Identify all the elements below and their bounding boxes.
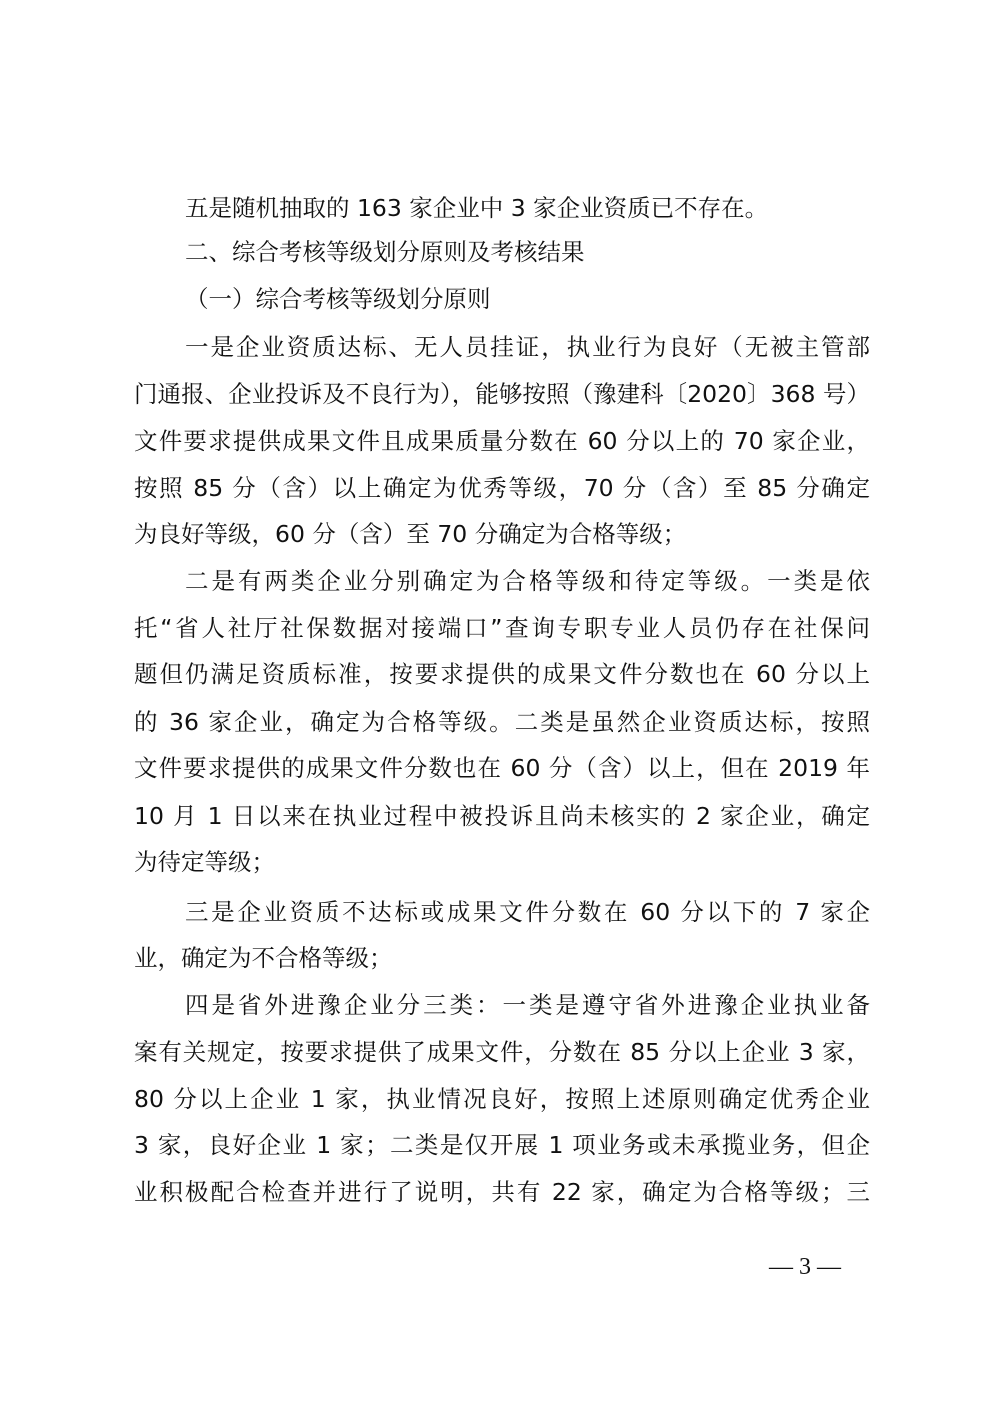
paragraph-line: 一是企业资质达标、无人员挂证，执业行为良好（无被主管部 [185, 327, 870, 367]
section-heading-2: 二、综合考核等级划分原则及考核结果 [185, 232, 870, 272]
paragraph-line: 托“省人社厅社保数据对接端口”查询专职专业人员仍存在社保问 [134, 608, 870, 648]
subsection-heading-1: （一）综合考核等级划分原则 [185, 279, 870, 319]
paragraph-line: 业积极配合检查并进行了说明，共有 22 家，确定为合格等级；三 [134, 1172, 870, 1212]
paragraph-line-fifth-finding: 五是随机抽取的 163 家企业中 3 家企业资质已不存在。 [185, 188, 870, 228]
paragraph-line: 门通报、企业投诉及不良行为），能够按照（豫建科〔2020〕368 号） [134, 374, 870, 414]
document-page: 五是随机抽取的 163 家企业中 3 家企业资质已不存在。 二、综合考核等级划分… [0, 0, 1000, 1414]
paragraph-line: 二是有两类企业分别确定为合格等级和待定等级。一类是依 [185, 561, 870, 601]
paragraph-line: 为待定等级； [134, 842, 870, 882]
paragraph-line: 的 36 家企业，确定为合格等级。二类是虽然企业资质达标，按照 [134, 702, 870, 742]
paragraph-line: 文件要求提供成果文件且成果质量分数在 60 分以上的 70 家企业， [134, 421, 870, 461]
paragraph-line: 三是企业资质不达标或成果文件分数在 60 分以下的 7 家企 [185, 892, 870, 932]
paragraph-line: 题但仍满足资质标准，按要求提供的成果文件分数也在 60 分以上 [134, 654, 870, 694]
paragraph-line: 为良好等级，60 分（含）至 70 分确定为合格等级； [134, 514, 870, 554]
paragraph-line: 10 月 1 日以来在执业过程中被投诉且尚未核实的 2 家企业，确定 [134, 796, 870, 836]
paragraph-line: 业，确定为不合格等级； [134, 938, 870, 978]
paragraph-line: 按照 85 分（含）以上确定为优秀等级，70 分（含）至 85 分确定 [134, 468, 870, 508]
paragraph-line: 四是省外进豫企业分三类：一类是遵守省外进豫企业执业备 [185, 985, 870, 1025]
paragraph-line: 80 分以上企业 1 家，执业情况良好，按照上述原则确定优秀企业 [134, 1079, 870, 1119]
paragraph-line: 3 家，良好企业 1 家；二类是仅开展 1 项业务或未承揽业务，但企 [134, 1125, 870, 1165]
page-number: — 3 — [760, 1254, 850, 1281]
paragraph-line: 文件要求提供的成果文件分数也在 60 分（含）以上，但在 2019 年 [134, 748, 870, 788]
paragraph-line: 案有关规定，按要求提供了成果文件，分数在 85 分以上企业 3 家， [134, 1032, 870, 1072]
